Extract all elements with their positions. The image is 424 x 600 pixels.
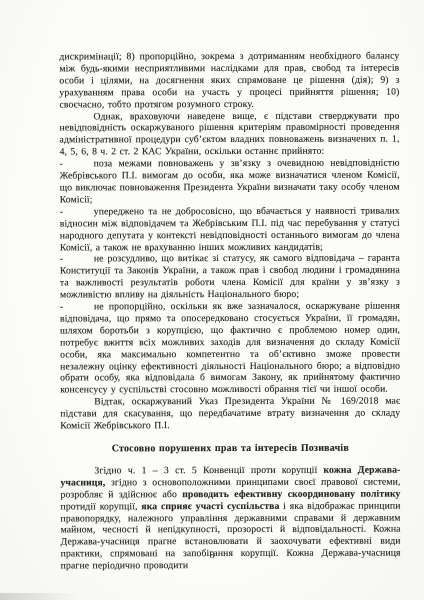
paragraph: Однак, враховуючи наведене вище, є підст… xyxy=(59,110,399,159)
bullet-item: -поза межами повноважень у зв’язку з оче… xyxy=(60,158,400,207)
page-number: 8 xyxy=(0,551,424,561)
body-text: Стосовно порушених прав та інтересів Поз… xyxy=(112,443,349,455)
bullet-item: -упереджено та не добросовісно, що вбача… xyxy=(60,205,400,254)
scan-smudge xyxy=(0,593,78,600)
body-text: Згідно ч. 1 – 3 ст. 5 Конвенції проти ко… xyxy=(94,465,323,477)
scanned-document-page: дискримінації; 8) пропорційно, зокрема з… xyxy=(0,0,424,600)
body-text: протидії корупції, xyxy=(60,501,141,512)
body-text: упереджено та не добросовісно, що вбачає… xyxy=(60,205,400,253)
body-text: дискримінації; 8) пропорційно, зокрема з… xyxy=(59,51,399,111)
bold-text: яка сприяє участі суспільства xyxy=(141,500,279,511)
section-heading: Стосовно порушених прав та інтересів Поз… xyxy=(60,443,400,456)
body-text: не пропорційно, оскільки як вже зазначал… xyxy=(60,301,400,396)
body-text: Відтак, оскаржуваний Указ Президента Укр… xyxy=(60,396,400,432)
paragraph: Відтак, оскаржуваний Указ Президента Укр… xyxy=(60,396,400,433)
bullet-item: -не пропорційно, оскільки як вже зазнача… xyxy=(60,301,400,397)
bullet-item: -не розсудливо, що витікає зі статусу, я… xyxy=(60,253,400,302)
body-text: не розсудливо, що витікає зі статусу, як… xyxy=(60,253,400,301)
body-text: поза межами повноважень у зв’язку з очев… xyxy=(60,158,400,206)
bullet-dash: - xyxy=(60,159,94,171)
paragraph: дискримінації; 8) пропорційно, зокрема з… xyxy=(59,51,399,111)
bullet-dash: - xyxy=(60,301,94,313)
body-text: Однак, враховуючи наведене вище, є підст… xyxy=(60,110,400,158)
bullet-dash: - xyxy=(60,206,94,218)
bullet-dash: - xyxy=(60,254,94,266)
bold-text: проводить ефективну скоординовану політи… xyxy=(182,488,400,500)
document-body: дискримінації; 8) пропорційно, зокрема з… xyxy=(59,51,400,573)
